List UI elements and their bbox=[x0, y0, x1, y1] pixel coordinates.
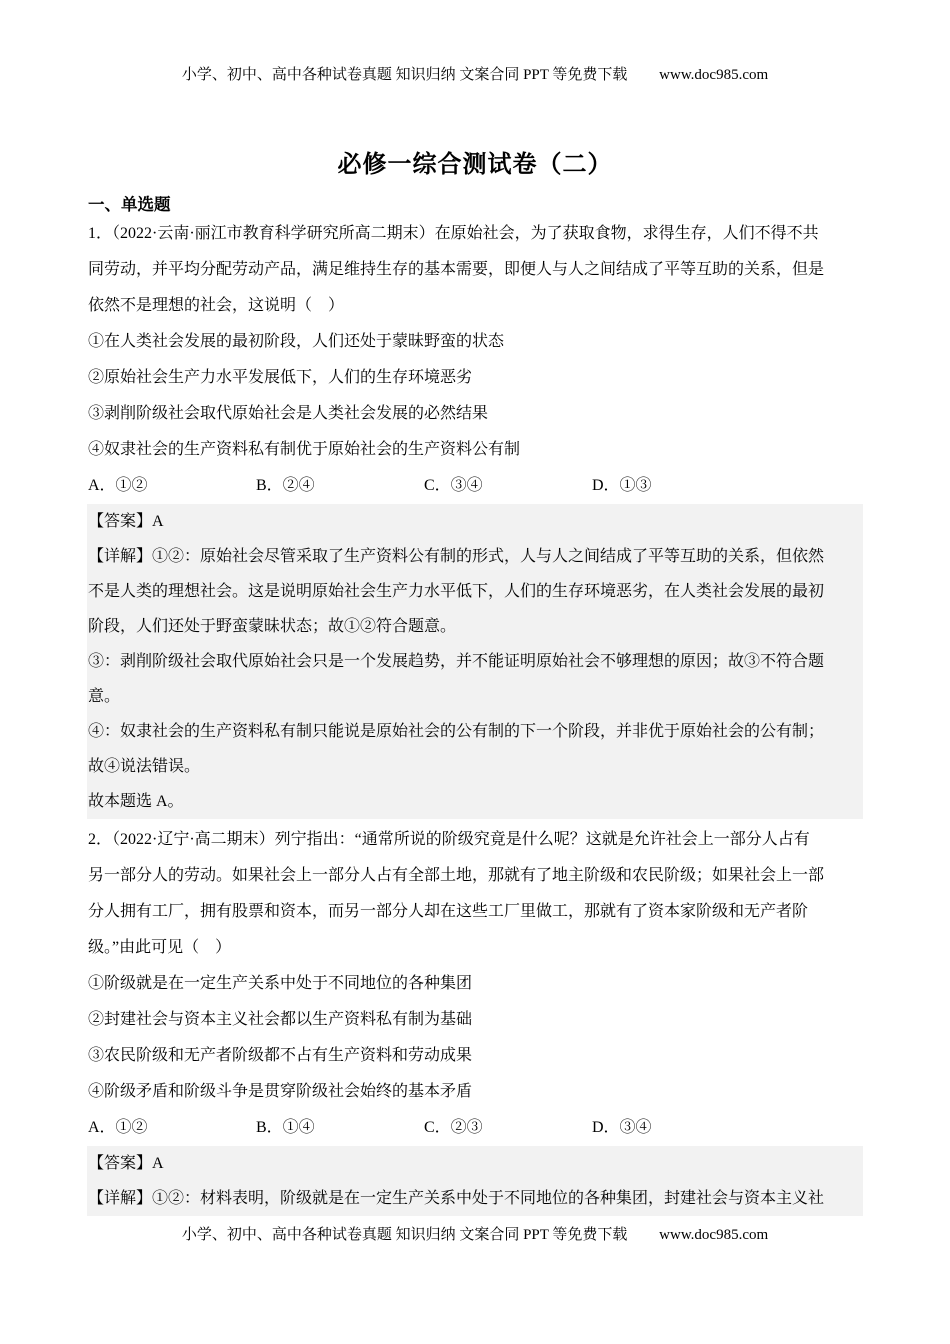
answer-text-line: 阶段，人们还处于野蛮蒙昧状态；故①②符合题意。 bbox=[88, 609, 863, 644]
question-2-choices: A．①②B．①④C．②③D．③④ bbox=[88, 1110, 855, 1146]
question-text-line: ①在人类社会发展的最初阶段，人们还处于蒙昧野蛮的状态 bbox=[88, 324, 855, 360]
answer-text-line: 故本题选 A。 bbox=[88, 784, 863, 819]
question-2-text: 2．（2022·辽宁·高二期末）列宁指出：“通常所说的阶级究竟是什么呢？这就是允… bbox=[88, 822, 855, 1110]
question-text-line: 1．（2022·云南·丽江市教育科学研究所高二期末）在原始社会，为了获取食物，求… bbox=[88, 216, 855, 252]
footer-site-url: www.doc985.com bbox=[659, 1224, 768, 1246]
question-text-line: 依然不是理想的社会，这说明（ ） bbox=[88, 288, 855, 324]
footer-notice: 小学、初中、高中各种试卷真题 知识归纳 文案合同 PPT 等免费下载 www.d… bbox=[0, 1224, 950, 1246]
choice-option: A．①② bbox=[88, 468, 256, 504]
question-2: 2．（2022·辽宁·高二期末）列宁指出：“通常所说的阶级究竟是什么呢？这就是允… bbox=[88, 822, 855, 1216]
footer-notice-text: 小学、初中、高中各种试卷真题 知识归纳 文案合同 PPT 等免费下载 bbox=[182, 1227, 628, 1243]
question-text-line: ②原始社会生产力水平发展低下，人们的生存环境恶劣 bbox=[88, 360, 855, 396]
header-notice: 小学、初中、高中各种试卷真题 知识归纳 文案合同 PPT 等免费下载 www.d… bbox=[0, 64, 950, 86]
answer-text-line: 故④说法错误。 bbox=[88, 749, 863, 784]
question-text-line: 级。”由此可见（ ） bbox=[88, 930, 855, 966]
question-2-answer-block: 【答案】A【详解】①②：材料表明，阶级就是在一定生产关系中处于不同地位的各种集团… bbox=[87, 1146, 863, 1216]
question-1-answer-block: 【答案】A【详解】①②：原始社会尽管采取了生产资料公有制的形式，人与人之间结成了… bbox=[87, 504, 863, 819]
question-text-line: ②封建社会与资本主义社会都以生产资料私有制为基础 bbox=[88, 1002, 855, 1038]
choice-option: C．②③ bbox=[424, 1110, 592, 1146]
choice-option: D．③④ bbox=[592, 1110, 652, 1146]
section-heading: 一、单选题 bbox=[88, 195, 855, 216]
document-body: 一、单选题 1．（2022·云南·丽江市教育科学研究所高二期末）在原始社会，为了… bbox=[88, 195, 855, 1216]
question-text-line: ④阶级矛盾和阶级斗争是贯穿阶级社会始终的基本矛盾 bbox=[88, 1074, 855, 1110]
question-text-line: ③农民阶级和无产者阶级都不占有生产资料和劳动成果 bbox=[88, 1038, 855, 1074]
answer-text-line: 【答案】A bbox=[88, 1146, 863, 1181]
document-page: 小学、初中、高中各种试卷真题 知识归纳 文案合同 PPT 等免费下载 www.d… bbox=[0, 0, 950, 1344]
page-title: 必修一综合测试卷（二） bbox=[0, 148, 950, 182]
answer-text-line: 意。 bbox=[88, 679, 863, 714]
answer-text-line: 【详解】①②：原始社会尽管采取了生产资料公有制的形式，人与人之间结成了平等互助的… bbox=[88, 539, 863, 574]
question-text-line: 2．（2022·辽宁·高二期末）列宁指出：“通常所说的阶级究竟是什么呢？这就是允… bbox=[88, 822, 855, 858]
header-notice-text: 小学、初中、高中各种试卷真题 知识归纳 文案合同 PPT 等免费下载 bbox=[182, 67, 628, 83]
question-text-line: 分人拥有工厂，拥有股票和资本，而另一部分人却在这些工厂里做工，那就有了资本家阶级… bbox=[88, 894, 855, 930]
answer-text-line: 不是人类的理想社会。这是说明原始社会生产力水平低下，人们的生存环境恶劣，在人类社… bbox=[88, 574, 863, 609]
question-text-line: 同劳动，并平均分配劳动产品，满足维持生存的基本需要，即便人与人之间结成了平等互助… bbox=[88, 252, 855, 288]
answer-text-line: 【答案】A bbox=[88, 504, 863, 539]
question-1-text: 1．（2022·云南·丽江市教育科学研究所高二期末）在原始社会，为了获取食物，求… bbox=[88, 216, 855, 468]
question-text-line: ①阶级就是在一定生产关系中处于不同地位的各种集团 bbox=[88, 966, 855, 1002]
choice-option: A．①② bbox=[88, 1110, 256, 1146]
answer-text-line: ④：奴隶社会的生产资料私有制只能说是原始社会的公有制的下一个阶段，并非优于原始社… bbox=[88, 714, 863, 749]
header-site-url: www.doc985.com bbox=[659, 64, 768, 86]
question-text-line: 另一部分人的劳动。如果社会上一部分人占有全部土地，那就有了地主阶级和农民阶级；如… bbox=[88, 858, 855, 894]
question-1: 1．（2022·云南·丽江市教育科学研究所高二期末）在原始社会，为了获取食物，求… bbox=[88, 216, 855, 819]
question-text-line: ④奴隶社会的生产资料私有制优于原始社会的生产资料公有制 bbox=[88, 432, 855, 468]
question-1-choices: A．①②B．②④C．③④D．①③ bbox=[88, 468, 855, 504]
choice-option: B．①④ bbox=[256, 1110, 424, 1146]
choice-option: B．②④ bbox=[256, 468, 424, 504]
choice-option: D．①③ bbox=[592, 468, 652, 504]
choice-option: C．③④ bbox=[424, 468, 592, 504]
answer-text-line: 【详解】①②：材料表明，阶级就是在一定生产关系中处于不同地位的各种集团，封建社会… bbox=[88, 1181, 863, 1216]
answer-text-line: ③：剥削阶级社会取代原始社会只是一个发展趋势，并不能证明原始社会不够理想的原因；… bbox=[88, 644, 863, 679]
question-text-line: ③剥削阶级社会取代原始社会是人类社会发展的必然结果 bbox=[88, 396, 855, 432]
